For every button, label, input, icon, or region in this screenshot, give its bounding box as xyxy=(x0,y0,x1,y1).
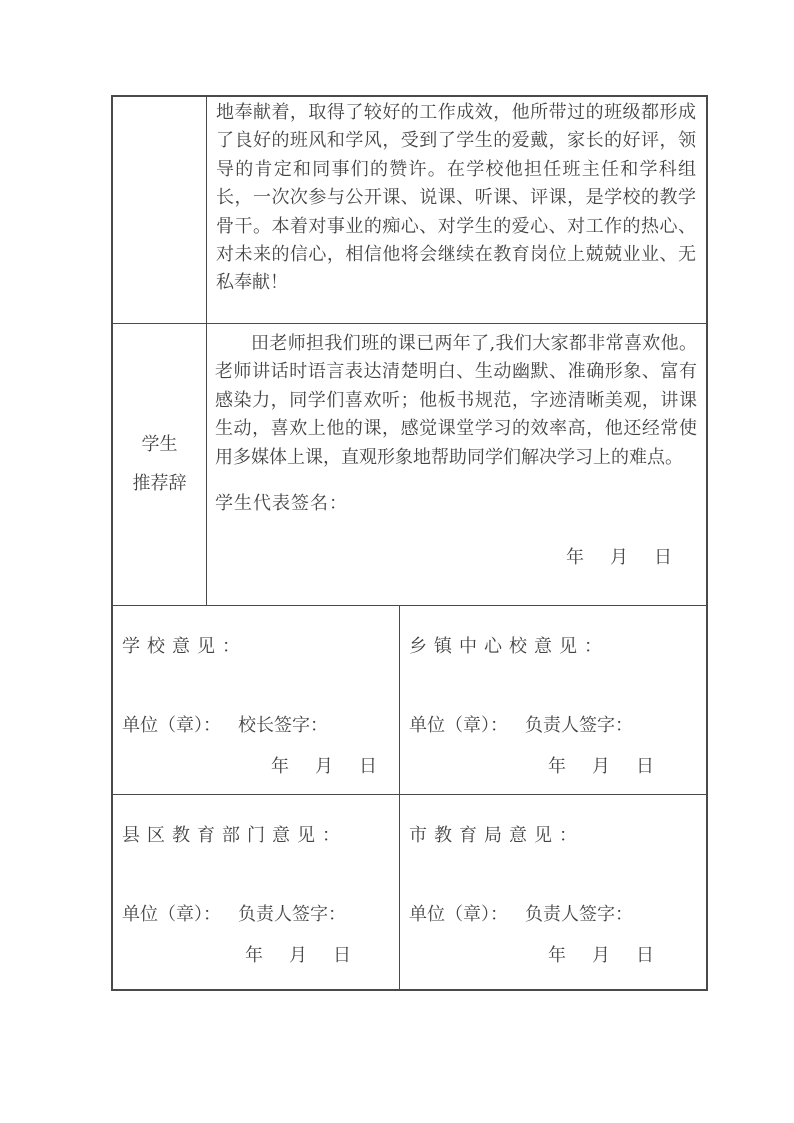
date-line: 年 月 日 xyxy=(122,942,389,970)
county-education-opinion-title: 县区教育部门意见： xyxy=(122,822,389,850)
county-education-signature-row: 单位（章）： 负责人签字： xyxy=(122,901,389,929)
township-school-signature-row: 单位（章）： 负责人签字： xyxy=(409,712,696,740)
year-label: 年 xyxy=(245,942,263,970)
student-recommendation-text-cell: 田老师担我们班的课已两年了,我们大家都非常喜欢他。老师讲话时语言表达清楚明白、生… xyxy=(207,324,706,606)
city-education-bureau-opinion-title: 市教育局意见： xyxy=(409,822,696,850)
unit-seal-label: 单位（章）： xyxy=(122,712,221,740)
school-opinion-signature-row: 单位（章）： 校长签字： xyxy=(122,712,389,740)
student-recommendation-paragraph: 田老师担我们班的课已两年了,我们大家都非常喜欢他。老师讲话时语言表达清楚明白、生… xyxy=(215,330,697,472)
city-education-bureau-opinion-cell: 市教育局意见： 单位（章）： 负责人签字： 年 月 日 xyxy=(400,795,706,989)
document-page: 地奉献着，取得了较好的工作成效，他所带过的班级都形成了良好的班风和学风，受到了学… xyxy=(0,0,794,1123)
month-label: 月 xyxy=(592,753,610,781)
city-education-bureau-signature-row: 单位（章）： 负责人签字： xyxy=(409,901,696,929)
student-section-label-line1: 学生 xyxy=(142,431,178,459)
student-representative-signature-label: 学生代表签名： xyxy=(215,490,697,518)
month-label: 月 xyxy=(610,544,628,572)
year-label: 年 xyxy=(271,753,289,781)
responsible-person-signature-label: 负责人签字： xyxy=(525,712,633,740)
date-line: 年 月 日 xyxy=(409,753,696,781)
month-label: 月 xyxy=(289,942,307,970)
school-opinion-title: 学校意见： xyxy=(122,633,389,661)
township-school-opinion-title: 乡镇中心校意见： xyxy=(409,633,696,661)
year-label: 年 xyxy=(566,544,584,572)
date-line: 年 月 日 xyxy=(122,753,389,781)
unit-seal-label: 单位（章）： xyxy=(409,901,508,929)
date-line: 年 月 日 xyxy=(409,942,696,970)
day-label: 日 xyxy=(636,753,654,781)
responsible-person-signature-label: 负责人签字： xyxy=(238,901,346,929)
student-section-label-cell: 学生 推荐辞 xyxy=(113,324,207,606)
day-label: 日 xyxy=(636,942,654,970)
principal-signature-label: 校长签字： xyxy=(238,712,328,740)
school-opinion-cell: 学校意见： 单位（章）： 校长签字： 年 月 日 xyxy=(113,606,400,795)
day-label: 日 xyxy=(654,544,672,572)
year-label: 年 xyxy=(548,942,566,970)
month-label: 月 xyxy=(315,753,333,781)
date-line: 年 月 日 xyxy=(215,544,697,572)
day-label: 日 xyxy=(359,753,377,781)
teacher-section-label-cell xyxy=(113,97,207,324)
month-label: 月 xyxy=(592,942,610,970)
county-education-opinion-cell: 县区教育部门意见： 单位（章）： 负责人签字： 年 月 日 xyxy=(113,795,400,989)
day-label: 日 xyxy=(333,942,351,970)
year-label: 年 xyxy=(548,753,566,781)
teacher-recommendation-text-cell: 地奉献着，取得了较好的工作成效，他所带过的班级都形成了良好的班风和学风，受到了学… xyxy=(207,97,706,324)
recommendation-form-table: 地奉献着，取得了较好的工作成效，他所带过的班级都形成了良好的班风和学风，受到了学… xyxy=(111,95,708,991)
unit-seal-label: 单位（章）： xyxy=(122,901,221,929)
township-school-opinion-cell: 乡镇中心校意见： 单位（章）： 负责人签字： 年 月 日 xyxy=(400,606,706,795)
unit-seal-label: 单位（章）： xyxy=(409,712,508,740)
teacher-recommendation-paragraph: 地奉献着，取得了较好的工作成效，他所带过的班级都形成了良好的班风和学风，受到了学… xyxy=(216,99,696,298)
responsible-person-signature-label: 负责人签字： xyxy=(525,901,633,929)
student-section-label-line2: 推荐辞 xyxy=(133,470,187,498)
